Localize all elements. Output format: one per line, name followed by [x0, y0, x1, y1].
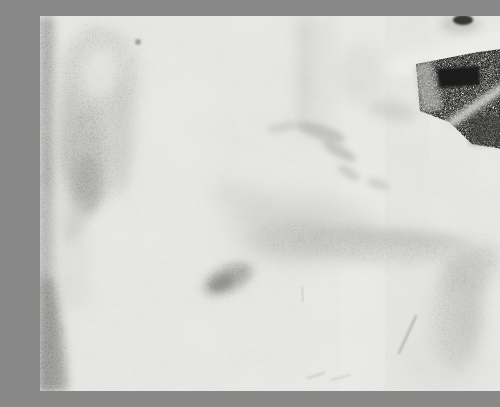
photo-canvas: Severely overexposed grainy monochrome p…	[40, 16, 500, 391]
grain-overlay	[40, 16, 500, 391]
photo-rendering	[40, 16, 500, 391]
